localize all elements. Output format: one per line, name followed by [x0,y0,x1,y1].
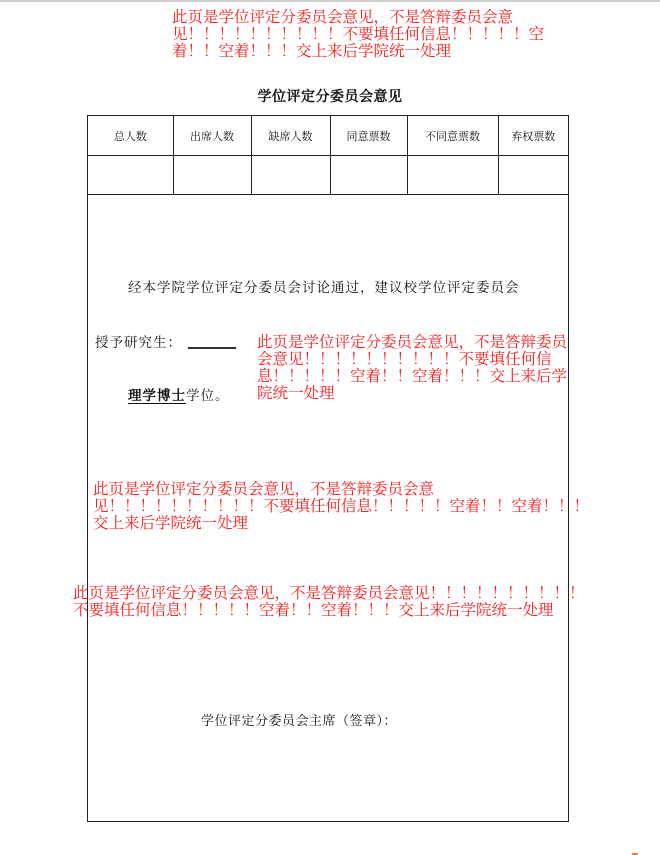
cell-present-members[interactable] [173,156,251,195]
redacted-student-name [188,345,236,349]
table-row [88,156,568,195]
cell-absent-members[interactable] [251,156,330,195]
cell-total-members[interactable] [88,156,173,195]
vote-stats-table: 总人数 出席人数 缺席人数 同意票数 不同意票数 弃权票数 [88,116,568,195]
cell-approve-votes[interactable] [330,156,407,195]
grant-label: 授予研究生： [95,335,182,351]
table-header-row: 总人数 出席人数 缺席人数 同意票数 不同意票数 弃权票数 [88,116,568,156]
degree-line: 理学博士学位。 [128,384,230,404]
notice-annotation-middle: 此页是学位评定分委员会意见，不是答辩委员会意见！！！！！！！！！！不要填任何信息… [257,334,569,402]
notice-annotation-top: 此页是学位评定分委员会意见，不是答辩委员会意见！！！！！！！！！！不要填任何信息… [172,9,564,60]
opinion-statement: 经本学院学位评定分委员会讨论通过，建议校学位评定委员会 [128,276,520,296]
chair-signature-label: 学位评定分委员会主席（签章）： [201,710,397,729]
page-title: 学位评定分委员会意见 [0,86,660,106]
page-top-border [0,0,660,2]
degree-name: 理学博士 [128,388,186,404]
grant-line: 授予研究生： [95,331,236,351]
header-approve-votes: 同意票数 [330,116,407,156]
header-disapprove-votes: 不同意票数 [407,116,498,156]
header-present-members: 出席人数 [173,116,251,156]
degree-suffix: 学位。 [186,388,230,404]
header-abstain-votes: 弃权票数 [498,116,568,156]
header-absent-members: 缺席人数 [251,116,330,156]
notice-annotation-lower-2: 此页是学位评定分委员会意见，不是答辩委员会意见！！！！！！！！！！不要填任何信息… [73,585,593,619]
notice-annotation-lower-1: 此页是学位评定分委员会意见，不是答辩委员会意见！！！！！！！！！！不要填任何信息… [93,481,593,532]
header-total-members: 总人数 [88,116,173,156]
cell-disapprove-votes[interactable] [407,156,498,195]
cell-abstain-votes[interactable] [498,156,568,195]
